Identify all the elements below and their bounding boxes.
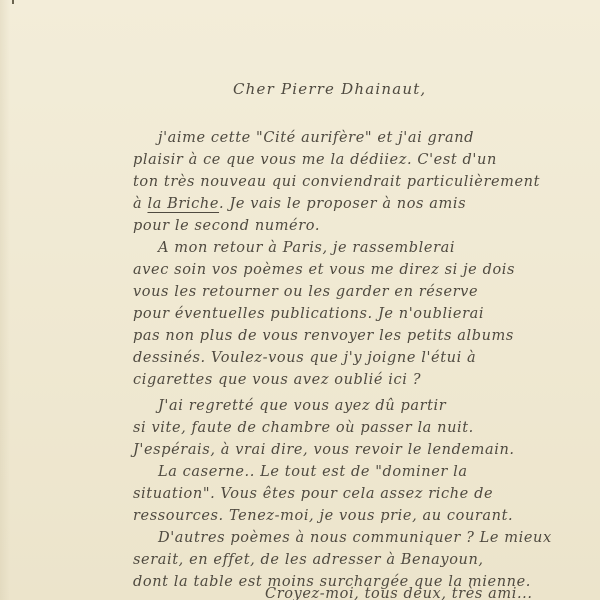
paper-edge-shadow xyxy=(0,0,10,600)
letter-line: si vite, faute de chambre où passer la n… xyxy=(133,420,474,436)
letter-line: serait, en effet, de les adresser à Bena… xyxy=(133,552,484,568)
letter-line: La caserne.. Le tout est de "dominer la xyxy=(158,464,468,480)
letter-line: A mon retour à Paris, je rassemblerai xyxy=(158,240,455,256)
letter-line: plaisir à ce que vous me la dédiiez. C'e… xyxy=(133,152,497,168)
letter-line: situation". Vous êtes pour cela assez ri… xyxy=(133,486,493,502)
underlined-word: à la Briche. Je vais le proposer à nos a… xyxy=(133,196,466,212)
letter-line: D'autres poèmes à nous communiquer ? Le … xyxy=(158,530,552,546)
letter-line: J'espérais, à vrai dire, vous revoir le … xyxy=(133,442,515,458)
salutation: Cher Pierre Dhainaut, xyxy=(233,80,426,98)
letter-line: pour le second numéro. xyxy=(133,218,320,234)
letter-line: ton très nouveau qui conviendrait partic… xyxy=(133,174,540,190)
letter-line: pas non plus de vous renvoyer les petits… xyxy=(133,328,514,344)
letter-page: Cher Pierre Dhainaut, j'aime cette "Cité… xyxy=(0,0,600,600)
letter-line-with-underline: à la Briche. Je vais le proposer à nos a… xyxy=(133,196,466,212)
letter-line: pour éventuelles publications. Je n'oubl… xyxy=(133,306,484,322)
closing-partial: Croyez-moi, tous deux, très ami... xyxy=(265,586,533,600)
letter-line: ressources. Tenez-moi, je vous prie, au … xyxy=(133,508,513,524)
letter-line: dessinés. Voulez-vous que j'y joigne l'é… xyxy=(133,350,476,366)
letter-line: cigarettes que vous avez oublié ici ? xyxy=(133,372,421,388)
letter-line: j'aime cette "Cité aurifère" et j'ai gra… xyxy=(158,130,474,146)
ink-mark xyxy=(12,0,14,4)
letter-line: vous les retourner ou les garder en rése… xyxy=(133,284,478,300)
underlined-title: la Briche xyxy=(147,196,219,212)
letter-line: J'ai regretté que vous ayez dû partir xyxy=(158,398,446,414)
letter-line: avec soin vos poèmes et vous me direz si… xyxy=(133,262,515,278)
